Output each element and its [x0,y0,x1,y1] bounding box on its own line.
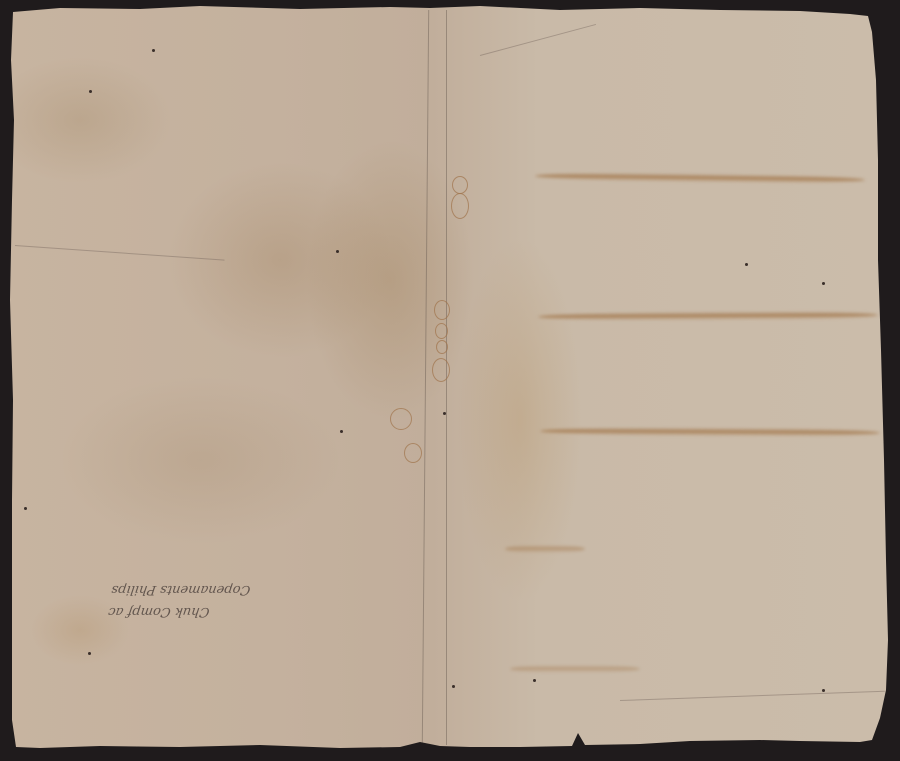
ink-speck [152,49,155,52]
ink-speck [88,652,91,655]
ink-speck [89,90,92,93]
center-fold [422,10,429,745]
stain-ring [390,408,412,430]
stain-ring [404,443,422,463]
ink-speck [822,689,825,692]
annotation-line-2: Copenaments Philips [110,578,313,600]
stain-ring [436,340,448,354]
document-scan: Chuk Compf ac Copenaments Philips [0,0,900,761]
handwritten-annotation: Chuk Compf ac Copenaments Philips [107,578,313,622]
ink-speck [443,412,446,415]
ink-speck [340,430,343,433]
ink-speck [24,507,27,510]
ink-speck [336,250,339,253]
crease-left [15,245,225,261]
stain-line-5 [510,665,640,673]
annotation-line-1: Chuk Compf ac [107,600,310,622]
crease-bottom-right [620,691,885,701]
paper-sheet: Chuk Compf ac Copenaments Philips [0,0,900,761]
crease-top-right [480,24,596,56]
stain-line-1 [535,172,865,184]
stain-ring [452,176,468,194]
stain-ring [435,323,448,339]
ink-speck [745,263,748,266]
ink-speck [533,679,536,682]
stain-line-3 [540,427,880,437]
stain-line-2 [538,311,878,321]
stain-ring [451,193,469,219]
stain-ring [432,358,450,382]
stain-ring [434,300,450,320]
ink-speck [452,685,455,688]
stain-line-4 [505,545,585,553]
ink-speck [822,282,825,285]
